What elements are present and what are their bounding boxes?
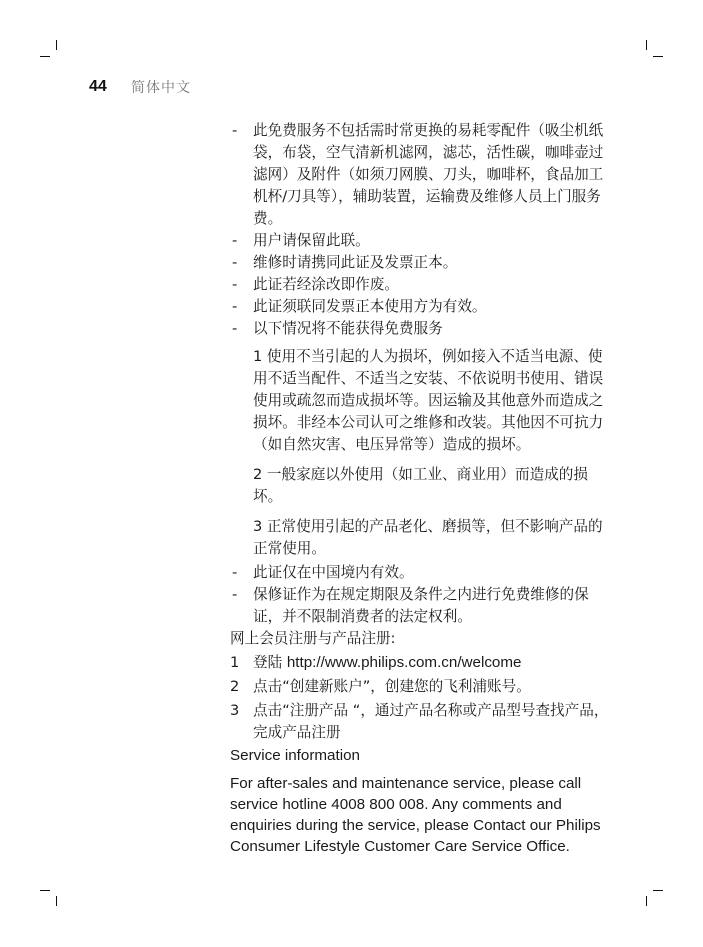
terms-list-bottom: -此证仅在中国境内有效。 -保修证作为在规定期限及条件之内进行免费维修的保证，并… xyxy=(230,562,610,628)
list-item-text: 此证若经涂改即作废。 xyxy=(253,274,609,296)
list-item: -此证若经涂改即作废。 xyxy=(230,274,610,296)
bullet-dash: - xyxy=(230,584,253,628)
registration-step: 3 点击“注册产品 “，通过产品名称或产品型号查找产品，完成产品注册 xyxy=(230,700,610,744)
list-item-text: 保修证作为在规定期限及条件之内进行免费维修的保证，并不限制消费者的法定权利。 xyxy=(253,584,609,628)
crop-mark-top-left-v xyxy=(56,40,57,50)
crop-mark-bottom-left-h xyxy=(40,890,50,891)
registration-step: 2 点击“创建新账户”，创建您的飞利浦账号。 xyxy=(230,676,610,698)
step-label: 点击“创建新账户”，创建您的飞利浦账号。 xyxy=(253,676,609,698)
bullet-dash: - xyxy=(230,562,253,584)
crop-mark-bottom-right-h xyxy=(653,890,663,891)
step-label: 登陆 xyxy=(253,654,287,671)
bullet-dash: - xyxy=(230,274,253,296)
list-item-text: 此证仅在中国境内有效。 xyxy=(253,562,609,584)
exclusion-item: 2 一般家庭以外使用（如工业、商业用）而造成的损坏。 xyxy=(253,464,609,508)
step-text: 登陆 http://www.philips.com.cn/welcome xyxy=(253,652,609,674)
list-item: -保修证作为在规定期限及条件之内进行免费维修的保证，并不限制消费者的法定权利。 xyxy=(230,584,610,628)
crop-mark-top-right-h xyxy=(653,56,663,57)
list-item-text: 此证须联同发票正本使用方为有效。 xyxy=(253,296,609,318)
exclusions-list: 1 使用不当引起的人为损坏，例如接入不适当电源、使用不适当配件、不适当之安装、不… xyxy=(230,346,610,560)
page-header: 44 简体中文 xyxy=(89,76,191,98)
language-label: 简体中文 xyxy=(131,77,191,97)
exclusion-item: 1 使用不当引起的人为损坏，例如接入不适当电源、使用不适当配件、不适当之安装、不… xyxy=(253,346,609,456)
list-item: -用户请保留此联。 xyxy=(230,230,610,252)
step-number: 2 xyxy=(230,676,253,698)
list-item-text: 用户请保留此联。 xyxy=(253,230,609,252)
list-item-text: 以下情况将不能获得免费服务 xyxy=(253,318,609,340)
crop-mark-bottom-left-v xyxy=(56,896,57,906)
step-number: 3 xyxy=(230,700,253,744)
registration-step: 1 登陆 http://www.philips.com.cn/welcome xyxy=(230,652,610,674)
service-info-title: Service information xyxy=(230,745,610,767)
step-number: 1 xyxy=(230,652,253,674)
page-content: -此免费服务不包括需时常更换的易耗零配件（吸尘机纸袋，布袋，空气清新机滤网，滤芯… xyxy=(230,120,610,857)
list-item: -此证须联同发票正本使用方为有效。 xyxy=(230,296,610,318)
terms-list-top: -此免费服务不包括需时常更换的易耗零配件（吸尘机纸袋，布袋，空气清新机滤网，滤芯… xyxy=(230,120,610,340)
bullet-dash: - xyxy=(230,120,253,230)
list-item-text: 维修时请携同此证及发票正本。 xyxy=(253,252,609,274)
bullet-dash: - xyxy=(230,296,253,318)
step-label: 点击“注册产品 “，通过产品名称或产品型号查找产品，完成产品注册 xyxy=(253,700,609,744)
list-item: -维修时请携同此证及发票正本。 xyxy=(230,252,610,274)
list-item: -此免费服务不包括需时常更换的易耗零配件（吸尘机纸袋，布袋，空气清新机滤网，滤芯… xyxy=(230,120,610,230)
registration-title: 网上会员注册与产品注册: xyxy=(230,628,610,650)
list-item-text: 此免费服务不包括需时常更换的易耗零配件（吸尘机纸袋，布袋，空气清新机滤网，滤芯，… xyxy=(253,120,609,230)
service-info-body: For after-sales and maintenance service,… xyxy=(230,773,608,857)
list-item: -此证仅在中国境内有效。 xyxy=(230,562,610,584)
welcome-link[interactable]: http://www.philips.com.cn/welcome xyxy=(287,654,522,671)
exclusion-item: 3 正常使用引起的产品老化、磨损等，但不影响产品的正常使用。 xyxy=(253,516,609,560)
bullet-dash: - xyxy=(230,230,253,252)
bullet-dash: - xyxy=(230,318,253,340)
page-number: 44 xyxy=(89,78,131,96)
bullet-dash: - xyxy=(230,252,253,274)
crop-mark-top-left-h xyxy=(40,56,50,57)
crop-mark-bottom-right-v xyxy=(646,896,647,906)
registration-steps: 1 登陆 http://www.philips.com.cn/welcome 2… xyxy=(230,652,610,744)
list-item: -以下情况将不能获得免费服务 xyxy=(230,318,610,340)
crop-mark-top-right-v xyxy=(646,40,647,50)
